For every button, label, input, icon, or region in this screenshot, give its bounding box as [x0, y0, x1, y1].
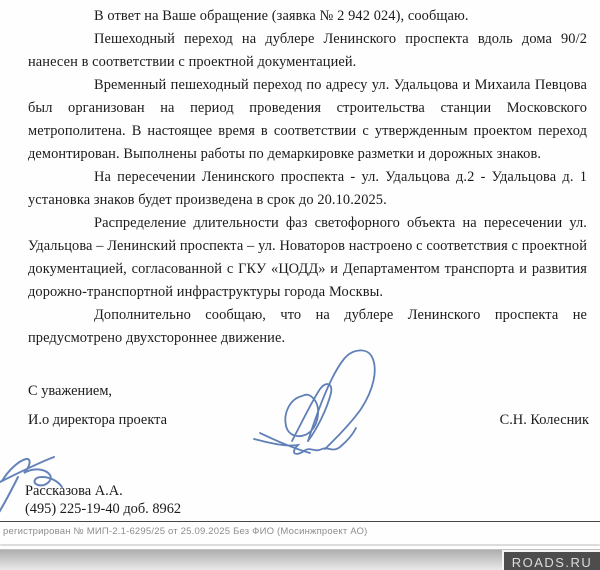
paragraph-reply-intro: В ответ на Ваше обращение (заявка № 2 94… — [28, 5, 587, 28]
closing-salutation: С уважением, — [28, 383, 112, 400]
letter-body: В ответ на Ваше обращение (заявка № 2 94… — [28, 5, 587, 350]
paragraph-signs-deadline: На пересечении Ленинского проспекта - ул… — [28, 166, 587, 212]
executor-phone: (495) 225-19-40 доб. 8962 — [25, 501, 181, 519]
executor-contact-block: Рассказова А.А. (495) 225-19-40 доб. 896… — [25, 483, 181, 518]
paragraph-traffic-light-phases: Распределение длительности фаз светофорн… — [28, 212, 587, 304]
signer-name: С.Н. Колесник — [500, 412, 589, 429]
signer-title: И.о директора проекта — [28, 412, 167, 429]
registration-divider — [0, 521, 600, 522]
handwritten-signature-icon — [240, 340, 440, 475]
watermark-badge: ROADS.RU — [502, 550, 600, 570]
paragraph-temporary-crosswalk: Временный пешеходный переход по адресу у… — [28, 74, 587, 166]
registration-note: регистрирован № МИП-2.1-6295/25 от 25.09… — [3, 526, 368, 537]
paragraph-crosswalk-marked: Пешеходный переход на дублере Ленинского… — [28, 28, 587, 74]
scanned-letter-page: В ответ на Ваше обращение (заявка № 2 94… — [0, 0, 600, 570]
executor-name: Рассказова А.А. — [25, 483, 181, 501]
footer-separator — [0, 544, 600, 546]
